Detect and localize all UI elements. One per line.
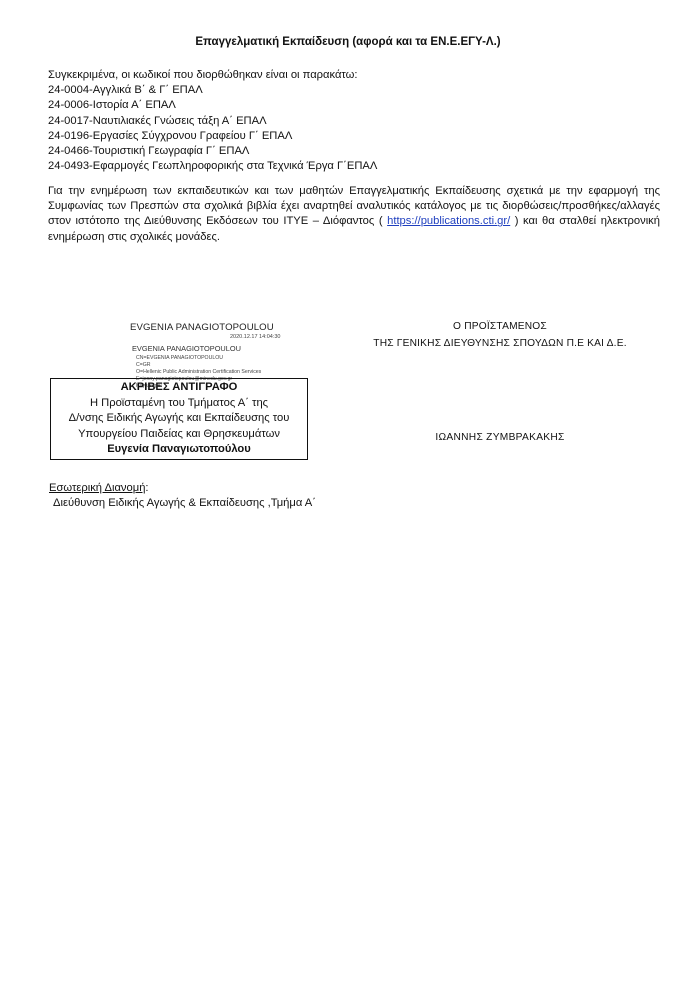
signature-detail: CN=EVGENIA PANAGIOTOPOULOU: [136, 355, 261, 362]
code-item: 24-0493-Εφαρμογές Γεωπληροφορικής στα Τε…: [48, 159, 377, 174]
signature-detail: O=Hellenic Public Administration Certifi…: [136, 369, 261, 376]
certified-copy-name: Ευγενία Παναγιωτοπούλου: [51, 442, 307, 458]
signature-detail: C=GR: [136, 362, 261, 369]
code-item: 24-0466-Τουριστική Γεωγραφία Γ΄ ΕΠΑΛ: [48, 144, 377, 159]
digital-signature-name: EVGENIA PANAGIOTOPOULOU: [130, 322, 274, 333]
code-item: 24-0017-Ναυτιλιακές Γνώσεις τάξη Α΄ ΕΠΑΛ: [48, 114, 377, 129]
certified-copy-box: ΑΚΡΙΒΕΣ ΑΝΤΙΓΡΑΦΟ Η Προϊσταμένη του Τμήμ…: [50, 378, 308, 460]
certified-copy-line: Δ/νσης Ειδικής Αγωγής και Εκπαίδευσης το…: [51, 411, 307, 427]
certified-copy-heading: ΑΚΡΙΒΕΣ ΑΝΤΙΓΡΑΦΟ: [51, 380, 307, 396]
signatory-name: ΙΩΑΝΝΗΣ ΖΥΜΒΡΑΚΑΚΗΣ: [340, 432, 660, 443]
signatory-role-line: ΤΗΣ ΓΕΝΙΚΗΣ ΔΙΕΥΘΥΝΣΗΣ ΣΠΟΥΔΩΝ Π.Ε ΚΑΙ Δ…: [340, 335, 660, 352]
code-item: 24-0006-Ιστορία Α΄ ΕΠΑΛ: [48, 98, 377, 113]
code-item: 24-0004-Αγγλικά Β΄ & Γ΄ ΕΠΑΛ: [48, 83, 377, 98]
signatory-role-line: Ο ΠΡΟΪΣΤΑΜΕΝΟΣ: [340, 318, 660, 335]
information-paragraph: Για την ενημέρωση των εκπαιδευτικών και …: [48, 184, 660, 245]
publications-link[interactable]: https://publications.cti.gr/: [387, 215, 510, 227]
distribution-label-colon: :: [145, 482, 148, 494]
certified-copy-line: Υπουργείου Παιδείας και Θρησκευμάτων: [51, 427, 307, 443]
corrected-codes-section: Συγκεκριμένα, οι κωδικοί που διορθώθηκαν…: [48, 68, 377, 174]
digital-signature-name-small: EVGENIA PANAGIOTOPOULOU: [132, 344, 241, 353]
distribution-item: Διεύθυνση Ειδικής Αγωγής & Εκπαίδευσης ,…: [53, 497, 316, 509]
intro-lead: Συγκεκριμένα, οι κωδικοί που διορθώθηκαν…: [48, 68, 377, 83]
distribution-label-text: Εσωτερική Διανομή: [49, 482, 145, 494]
signatory-role: Ο ΠΡΟΪΣΤΑΜΕΝΟΣ ΤΗΣ ΓΕΝΙΚΗΣ ΔΙΕΥΘΥΝΣΗΣ ΣΠ…: [340, 318, 660, 352]
certified-copy-line: Η Προϊσταμένη του Τμήματος Α΄ της: [51, 396, 307, 412]
code-item: 24-0196-Εργασίες Σύγχρονου Γραφείου Γ΄ Ε…: [48, 129, 377, 144]
document-title: Επαγγελματική Εκπαίδευση (αφορά και τα Ε…: [0, 36, 696, 48]
distribution-label: Εσωτερική Διανομή:: [49, 482, 149, 494]
digital-signature-date: 2020.12.17 14:04:30: [230, 334, 280, 340]
